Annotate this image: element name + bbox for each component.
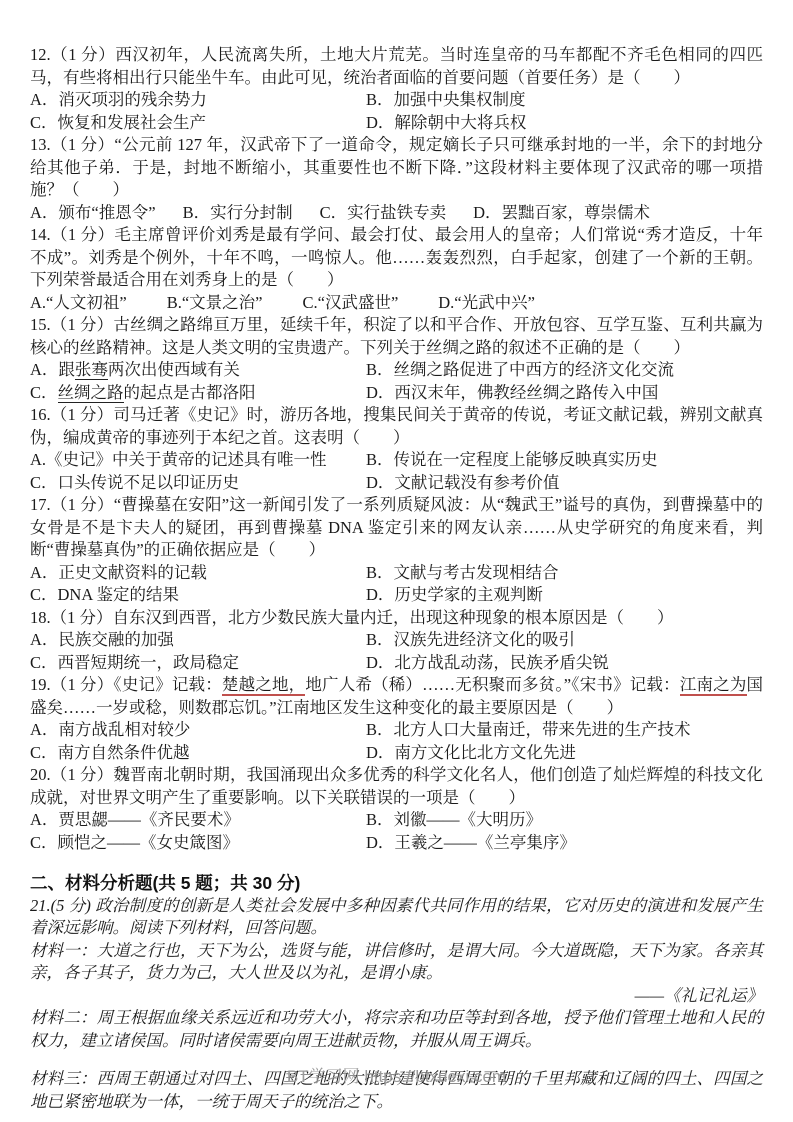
material-label: 材料二： [30, 1008, 97, 1027]
option-d: D．西汉末年，佛教经丝绸之路传入中国 [366, 382, 763, 405]
question-points: （1 分） [51, 45, 116, 64]
option-b: B．实行分封制 [183, 202, 293, 225]
material-2-paragraph: 材料二：周王根据血缘关系远近和功劳大小，将宗亲和功臣等封到各地，授予他们管理土地… [30, 1007, 763, 1052]
option-a: A．民族交融的加强 [30, 629, 366, 652]
options-grid: A．消灭项羽的残余势力 B．加强中央集权制度 C．恢复和发展社会生产 D．解除朝… [30, 89, 763, 134]
question-18: 18.（1 分）自东汉到西晋，北方少数民族大量内迁，出现这种现象的根本原因是（ … [30, 607, 763, 675]
material-label: 材料一： [30, 941, 97, 960]
question-points: (5 分) [51, 896, 96, 915]
question-13: 13.（1 分）“公元前 127 年，汉武帝下了一道命令，规定嫡长子只可继承封地… [30, 134, 763, 224]
footer-link[interactable]: https://btxuexi.com [364, 1067, 506, 1086]
option-d: D．南方文化比北方文化先进 [366, 742, 763, 765]
option-b: B.“文景之治” [167, 292, 263, 315]
option-a: A．南方战乱相对较少 [30, 719, 366, 742]
material-1-paragraph: 材料一：大道之行也，天下为公，选贤与能，讲信修时，是谓大同。今大道既隐，天下为家… [30, 940, 763, 985]
question-number: 13. [30, 135, 51, 154]
option-c: C．丝绸之路的起点是古都洛阳 [30, 382, 366, 405]
footer-brand: BT学习网 [287, 1067, 360, 1086]
question-19: 19.（1 分）《史记》记载：楚越之地，地广人希（稀）……无积聚而多贫。”《宋书… [30, 674, 763, 764]
option-b: B．汉族先进经济文化的吸引 [366, 629, 763, 652]
question-points: （1 分） [51, 315, 114, 334]
footer-watermark: BT学习网 https://btxuexi.com [0, 1062, 793, 1087]
option-c: C．西晋短期统一，政局稳定 [30, 652, 366, 675]
question-14: 14.（1 分）毛主席曾评价刘秀是最有学问、最会打仗、最会用人的皇帝；人们常说“… [30, 224, 763, 314]
question-text: 政治制度的创新是人类社会发展中多种因素代共同作用的结果，它对历史的演进和发展产生… [30, 896, 763, 938]
option-a: A．正史文献资料的记载 [30, 562, 366, 585]
question-points: （1 分） [51, 135, 115, 154]
option-a: A.“人文初祖” [30, 292, 127, 315]
option-b: B．刘徽——《大明历》 [366, 809, 763, 832]
option-a: A．颁布“推恩令” [30, 202, 156, 225]
option-d: D.“光武中兴” [438, 292, 535, 315]
option-b: B．北方人口大量南迁，带来先进的生产技术 [366, 719, 763, 742]
option-d: D．历史学家的主观判断 [366, 584, 763, 607]
option-c: C.“汉武盛世” [302, 292, 398, 315]
question-text: 古丝绸之路绵亘万里，延续千年，积淀了以和平合作、开放包容、互学互鉴、互利共赢为核… [30, 315, 763, 357]
option-c: C．南方自然条件优越 [30, 742, 366, 765]
option-d: D．王羲之——《兰亭集序》 [366, 832, 763, 855]
material-1-attribution: ——《礼记礼运》 [30, 985, 763, 1008]
question-16: 16.（1 分）司马迁著《史记》时，游历各地，搜集民间关于黄帝的传说，考证文献记… [30, 404, 763, 494]
question-points: （1 分） [51, 225, 115, 244]
question-number: 15. [30, 315, 51, 334]
option-b: B．加强中央集权制度 [366, 89, 763, 112]
question-stem: 16.（1 分）司马迁著《史记》时，游历各地，搜集民间关于黄帝的传说，考证文献记… [30, 404, 763, 449]
question-text: 《史记》记载：楚越之地，地广人希（稀）……无积聚而多贫。”《宋书》记载：江南之为… [30, 675, 763, 717]
question-number: 21. [30, 896, 51, 915]
question-stem: 19.（1 分）《史记》记载：楚越之地，地广人希（稀）……无积聚而多贫。”《宋书… [30, 674, 763, 719]
question-points: （1 分） [51, 608, 113, 627]
question-points: （1 分） [51, 765, 114, 784]
option-a: A．跟张骞两次出使西域有关 [30, 359, 366, 382]
options-grid: A.《史记》中关于黄帝的记述具有唯一性 B．传说在一定程度上能够反映真实历史 C… [30, 449, 763, 494]
question-stem: 21.(5 分) 政治制度的创新是人类社会发展中多种因素代共同作用的结果，它对历… [30, 895, 763, 940]
question-number: 12. [30, 45, 51, 64]
option-a: A．贾思勰——《齐民要术》 [30, 809, 366, 832]
question-text: “曹操墓在安阳”这一新闻引发了一系列质疑风波：从“魏武王”谥号的真伪，到曹操墓中… [30, 495, 763, 559]
option-c: C．口头传说不足以印证历史 [30, 472, 366, 495]
question-text: “公元前 127 年，汉武帝下了一道命令，规定嫡长子只可继承封地的一半，余下的封… [30, 135, 763, 199]
material-text: 大道之行也，天下为公，选贤与能，讲信修时，是谓大同。今大道既隐，天下为家。各亲其… [30, 941, 763, 983]
option-c: C．顾恺之——《女史箴图》 [30, 832, 366, 855]
options-row: A.“人文初祖” B.“文景之治” C.“汉武盛世” D.“光武中兴” [30, 292, 763, 315]
question-points: （1 分） [51, 405, 114, 424]
option-c: C．恢复和发展社会生产 [30, 112, 366, 135]
exam-page: 12.（1 分）西汉初年，人民流离失所，土地大片荒芜。当时连皇帝的马车都配不齐毛… [0, 0, 793, 1113]
question-text: 魏晋南北朝时期，我国涌现出众多优秀的科学文化名人，他们创造了灿烂辉煌的科技文化成… [30, 765, 763, 807]
option-b: B．文献与考古发现相结合 [366, 562, 763, 585]
question-text: 司马迁著《史记》时，游历各地，搜集民间关于黄帝的传说，考证文献记载，辨别文献真伪… [30, 405, 763, 447]
options-row: A．颁布“推恩令” B．实行分封制 C．实行盐铁专卖 D．罢黜百家，尊崇儒术 [30, 202, 763, 225]
option-c: C．DNA 鉴定的结果 [30, 584, 366, 607]
question-text: 毛主席曾评价刘秀是最有学问、最会打仗、最会用人的皇帝；人们常说“秀才造反，十年不… [30, 225, 763, 289]
question-stem: 18.（1 分）自东汉到西晋，北方少数民族大量内迁，出现这种现象的根本原因是（ … [30, 607, 763, 630]
option-a: A．消灭项羽的残余势力 [30, 89, 366, 112]
question-stem: 15.（1 分）古丝绸之路绵亘万里，延续千年，积淀了以和平合作、开放包容、互学互… [30, 314, 763, 359]
question-number: 18. [30, 608, 51, 627]
question-stem: 20.（1 分）魏晋南北朝时期，我国涌现出众多优秀的科学文化名人，他们创造了灿烂… [30, 764, 763, 809]
options-grid: A．民族交融的加强 B．汉族先进经济文化的吸引 C．西晋短期统一，政局稳定 D．… [30, 629, 763, 674]
question-stem: 17.（1 分）“曹操墓在安阳”这一新闻引发了一系列质疑风波：从“魏武王”谥号的… [30, 494, 763, 562]
section-2-heading: 二、材料分析题(共 5 题；共 30 分) [30, 872, 763, 895]
question-points: （1 分） [51, 495, 114, 514]
option-b: B．传说在一定程度上能够反映真实历史 [366, 449, 763, 472]
question-stem: 14.（1 分）毛主席曾评价刘秀是最有学问、最会打仗、最会用人的皇帝；人们常说“… [30, 224, 763, 292]
option-b: B．丝绸之路促进了中西方的经济文化交流 [366, 359, 763, 382]
options-grid: A．正史文献资料的记载 B．文献与考古发现相结合 C．DNA 鉴定的结果 D．历… [30, 562, 763, 607]
question-20: 20.（1 分）魏晋南北朝时期，我国涌现出众多优秀的科学文化名人，他们创造了灿烂… [30, 764, 763, 854]
options-grid: A．贾思勰——《齐民要术》 B．刘徽——《大明历》 C．顾恺之——《女史箴图》 … [30, 809, 763, 854]
question-17: 17.（1 分）“曹操墓在安阳”这一新闻引发了一系列质疑风波：从“魏武王”谥号的… [30, 494, 763, 607]
options-grid: A．南方战乱相对较少 B．北方人口大量南迁，带来先进的生产技术 C．南方自然条件… [30, 719, 763, 764]
option-c: C．实行盐铁专卖 [320, 202, 447, 225]
options-grid: A．跟张骞两次出使西域有关 B．丝绸之路促进了中西方的经济文化交流 C．丝绸之路… [30, 359, 763, 404]
question-15: 15.（1 分）古丝绸之路绵亘万里，延续千年，积淀了以和平合作、开放包容、互学互… [30, 314, 763, 404]
option-d: D．解除朝中大将兵权 [366, 112, 763, 135]
option-d: D．文献记载没有参考价值 [366, 472, 763, 495]
option-d: D．北方战乱动荡，民族矛盾尖锐 [366, 652, 763, 675]
option-d: D．罢黜百家，尊崇儒术 [473, 202, 650, 225]
question-text: 西汉初年，人民流离失所，土地大片荒芜。当时连皇帝的马车都配不齐毛色相同的四匹马，… [30, 45, 763, 87]
question-number: 17. [30, 495, 51, 514]
question-text: 自东汉到西晋，北方少数民族大量内迁，出现这种现象的根本原因是（ ） [113, 608, 674, 627]
question-stem: 12.（1 分）西汉初年，人民流离失所，土地大片荒芜。当时连皇帝的马车都配不齐毛… [30, 44, 763, 89]
option-a: A.《史记》中关于黄帝的记述具有唯一性 [30, 449, 366, 472]
question-points: （1 分） [51, 675, 114, 694]
question-number: 19. [30, 675, 51, 694]
material-text: 周王根据血缘关系远近和功劳大小，将宗亲和功臣等封到各地，授予他们管理土地和人民的… [30, 1008, 763, 1050]
question-number: 16. [30, 405, 51, 424]
question-number: 14. [30, 225, 51, 244]
question-12: 12.（1 分）西汉初年，人民流离失所，土地大片荒芜。当时连皇帝的马车都配不齐毛… [30, 44, 763, 134]
question-stem: 13.（1 分）“公元前 127 年，汉武帝下了一道命令，规定嫡长子只可继承封地… [30, 134, 763, 202]
question-number: 20. [30, 765, 51, 784]
